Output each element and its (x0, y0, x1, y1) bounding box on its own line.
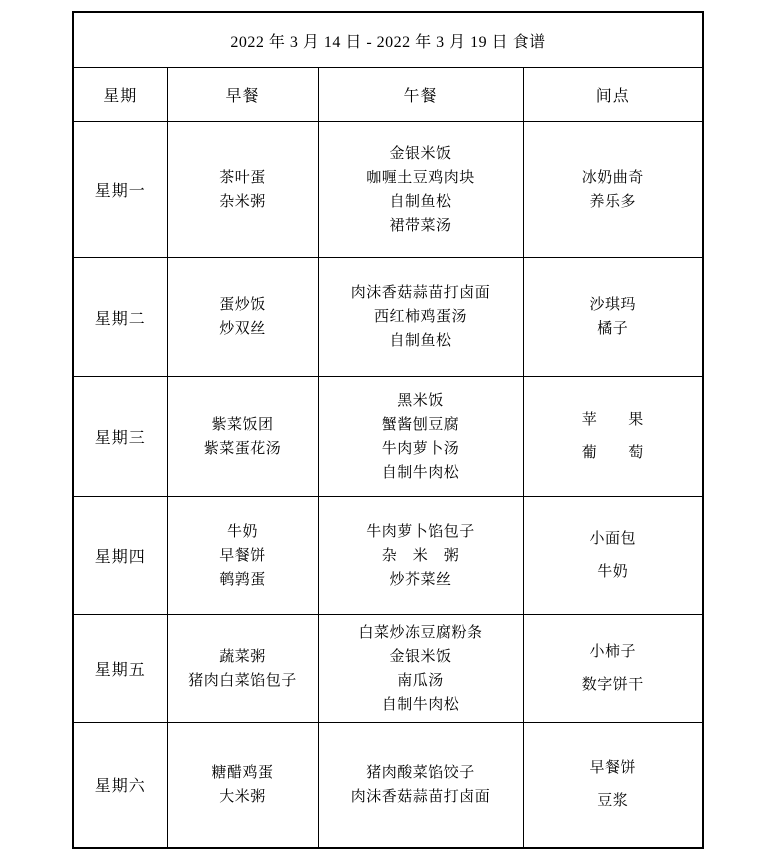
menu-row: 星期六糖醋鸡蛋大米粥猪肉酸菜馅饺子肉沫香菇蒜苗打卤面早餐饼豆浆 (73, 723, 703, 848)
menu-item: 裙带菜汤 (319, 214, 523, 238)
menu-body: 星期一茶叶蛋杂米粥金银米饭咖喱土豆鸡肉块自制鱼松裙带菜汤冰奶曲奇养乐多星期二蛋炒… (73, 122, 703, 848)
menu-item: 橘子 (524, 317, 703, 341)
menu-item: 牛奶 (524, 556, 703, 589)
lunch-cell: 牛肉萝卜馅包子杂 米 粥炒芥菜丝 (318, 497, 523, 615)
day-cell: 星期三 (73, 377, 167, 497)
lunch-cell: 金银米饭咖喱土豆鸡肉块自制鱼松裙带菜汤 (318, 122, 523, 258)
menu-row: 星期五蔬菜粥猪肉白菜馅包子白菜炒冻豆腐粉条金银米饭南瓜汤自制牛肉松小柿子数字饼干 (73, 615, 703, 723)
menu-item: 肉沫香菇蒜苗打卤面 (319, 785, 523, 809)
day-cell: 星期五 (73, 615, 167, 723)
menu-item: 冰奶曲奇 (524, 166, 703, 190)
day-cell: 星期二 (73, 258, 167, 377)
breakfast-cell: 牛奶早餐饼鹌鹑蛋 (167, 497, 318, 615)
menu-item: 西红柿鸡蛋汤 (319, 305, 523, 329)
snack-cell: 早餐饼豆浆 (523, 723, 703, 848)
menu-item: 数字饼干 (524, 669, 703, 702)
menu-item: 自制鱼松 (319, 190, 523, 214)
menu-item: 小面包 (524, 523, 703, 556)
menu-item: 养乐多 (524, 190, 703, 214)
menu-item: 蔬菜粥 (168, 645, 318, 669)
menu-item: 葡 萄 (524, 437, 703, 470)
lunch-cell: 黑米饭蟹酱刨豆腐牛肉萝卜汤自制牛肉松 (318, 377, 523, 497)
col-header-breakfast: 早餐 (167, 68, 318, 122)
menu-item: 咖喱土豆鸡肉块 (319, 166, 523, 190)
menu-item: 牛肉萝卜汤 (319, 437, 523, 461)
menu-item: 猪肉酸菜馅饺子 (319, 761, 523, 785)
menu-item: 南瓜汤 (319, 669, 523, 693)
snack-cell: 沙琪玛橘子 (523, 258, 703, 377)
menu-item: 豆浆 (524, 785, 703, 818)
col-header-day: 星期 (73, 68, 167, 122)
menu-row: 星期二蛋炒饭炒双丝肉沫香菇蒜苗打卤面西红柿鸡蛋汤自制鱼松沙琪玛橘子 (73, 258, 703, 377)
col-header-snack: 间点 (523, 68, 703, 122)
menu-table: 2022 年 3 月 14 日 - 2022 年 3 月 19 日 食谱 星期 … (72, 11, 704, 849)
menu-item: 自制牛肉松 (319, 693, 523, 717)
menu-item: 白菜炒冻豆腐粉条 (319, 621, 523, 645)
menu-item: 炒芥菜丝 (319, 568, 523, 592)
breakfast-cell: 蛋炒饭炒双丝 (167, 258, 318, 377)
menu-item: 金银米饭 (319, 142, 523, 166)
breakfast-cell: 紫菜饭团紫菜蛋花汤 (167, 377, 318, 497)
breakfast-cell: 茶叶蛋杂米粥 (167, 122, 318, 258)
day-cell: 星期一 (73, 122, 167, 258)
snack-cell: 小柿子数字饼干 (523, 615, 703, 723)
menu-item: 猪肉白菜馅包子 (168, 669, 318, 693)
col-header-lunch: 午餐 (318, 68, 523, 122)
lunch-cell: 猪肉酸菜馅饺子肉沫香菇蒜苗打卤面 (318, 723, 523, 848)
menu-item: 蟹酱刨豆腐 (319, 413, 523, 437)
menu-item: 肉沫香菇蒜苗打卤面 (319, 281, 523, 305)
menu-item: 牛奶 (168, 520, 318, 544)
menu-item: 炒双丝 (168, 317, 318, 341)
menu-item: 早餐饼 (524, 752, 703, 785)
menu-page: 2022 年 3 月 14 日 - 2022 年 3 月 19 日 食谱 星期 … (0, 0, 773, 857)
lunch-cell: 肉沫香菇蒜苗打卤面西红柿鸡蛋汤自制鱼松 (318, 258, 523, 377)
menu-item: 自制鱼松 (319, 329, 523, 353)
menu-item: 紫菜饭团 (168, 413, 318, 437)
menu-item: 杂 米 粥 (319, 544, 523, 568)
day-cell: 星期四 (73, 497, 167, 615)
menu-item: 早餐饼 (168, 544, 318, 568)
menu-item: 杂米粥 (168, 190, 318, 214)
lunch-cell: 白菜炒冻豆腐粉条金银米饭南瓜汤自制牛肉松 (318, 615, 523, 723)
breakfast-cell: 糖醋鸡蛋大米粥 (167, 723, 318, 848)
menu-item: 紫菜蛋花汤 (168, 437, 318, 461)
breakfast-cell: 蔬菜粥猪肉白菜馅包子 (167, 615, 318, 723)
day-cell: 星期六 (73, 723, 167, 848)
menu-item: 黑米饭 (319, 389, 523, 413)
menu-item: 蛋炒饭 (168, 293, 318, 317)
table-title: 2022 年 3 月 14 日 - 2022 年 3 月 19 日 食谱 (73, 12, 703, 68)
snack-cell: 苹 果葡 萄 (523, 377, 703, 497)
menu-item: 牛肉萝卜馅包子 (319, 520, 523, 544)
menu-item: 糖醋鸡蛋 (168, 761, 318, 785)
menu-item: 茶叶蛋 (168, 166, 318, 190)
menu-row: 星期一茶叶蛋杂米粥金银米饭咖喱土豆鸡肉块自制鱼松裙带菜汤冰奶曲奇养乐多 (73, 122, 703, 258)
menu-row: 星期四牛奶早餐饼鹌鹑蛋牛肉萝卜馅包子杂 米 粥炒芥菜丝小面包牛奶 (73, 497, 703, 615)
menu-item: 苹 果 (524, 404, 703, 437)
snack-cell: 小面包牛奶 (523, 497, 703, 615)
menu-item: 自制牛肉松 (319, 461, 523, 485)
title-row: 2022 年 3 月 14 日 - 2022 年 3 月 19 日 食谱 (73, 12, 703, 68)
menu-item: 大米粥 (168, 785, 318, 809)
menu-item: 小柿子 (524, 636, 703, 669)
snack-cell: 冰奶曲奇养乐多 (523, 122, 703, 258)
menu-item: 鹌鹑蛋 (168, 568, 318, 592)
menu-item: 沙琪玛 (524, 293, 703, 317)
menu-item: 金银米饭 (319, 645, 523, 669)
header-row: 星期 早餐 午餐 间点 (73, 68, 703, 122)
menu-row: 星期三紫菜饭团紫菜蛋花汤黑米饭蟹酱刨豆腐牛肉萝卜汤自制牛肉松苹 果葡 萄 (73, 377, 703, 497)
